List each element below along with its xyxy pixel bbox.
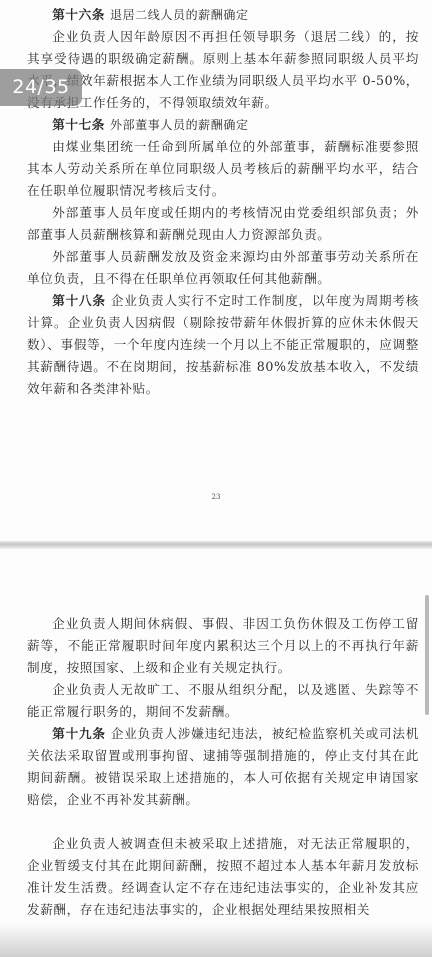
paragraph: 企业负责人被调查但未被采取上述措施，对无法正常履职的，企业暂缓支付其在此期间薪酬… xyxy=(27,833,419,921)
article-title: 外部董事人员的薪酬确定 xyxy=(110,118,249,132)
article-number: 第十八条 xyxy=(52,293,106,308)
article-18-paragraph: 第十八条企业负责人实行不定时工作制度，以年度为周期考核计算。企业负责人因病假（剔… xyxy=(27,290,419,400)
vertical-scrollbar[interactable] xyxy=(425,595,429,715)
document-page-24: 企业负责人期间休病假、事假、非因工负伤休假及工伤停工留薪等，不能正常履职时间年度… xyxy=(0,549,432,957)
article-text: 企业负责人实行不定时工作制度，以年度为周期考核计算。企业负责人因病假（剔除按带薪… xyxy=(27,293,419,396)
article-19-paragraph: 第十九条企业负责人涉嫌违纪违法，被纪检监察机关或司法机关依法采取留置或刑事拘留、… xyxy=(27,723,419,811)
article-number: 第十七条 xyxy=(52,117,105,132)
article-title: 退居二线人员的薪酬确定 xyxy=(110,8,249,22)
page-counter-badge: 24/35 xyxy=(0,69,82,106)
article-number: 第十六条 xyxy=(52,7,105,22)
paragraph: 企业负责人因年龄原因不再担任领导职务（退居二线）的，按其享受待遇的职级确定薪酬。… xyxy=(27,26,419,114)
paragraph: 企业负责人无故旷工、不服从组织分配，以及逃匿、失踪等不能正常履行职务的，期间不发… xyxy=(27,679,419,723)
article-number: 第十九条 xyxy=(52,726,106,741)
article-16-heading: 第十六条退居二线人员的薪酬确定 xyxy=(27,4,419,26)
paragraph: 外部董事人员薪酬发放及资金来源均由外部董事劳动关系所在单位负责，且不得在任职单位… xyxy=(27,246,419,290)
article-17-heading: 第十七条外部董事人员的薪酬确定 xyxy=(27,114,419,136)
paragraph: 企业负责人期间休病假、事假、非因工负伤休假及工伤停工留薪等，不能正常履职时间年度… xyxy=(27,613,419,679)
page-number: 23 xyxy=(0,493,432,501)
paragraph: 由煤业集团统一任命到所属单位的外部董事，薪酬标准要参照其本人劳动关系所在单位同职… xyxy=(27,136,419,202)
page-separator xyxy=(0,541,432,549)
paragraph: 外部董事人员年度或任期内的考核情况由党委组织部负责；外部董事人员薪酬核算和薪酬兑… xyxy=(27,202,419,246)
